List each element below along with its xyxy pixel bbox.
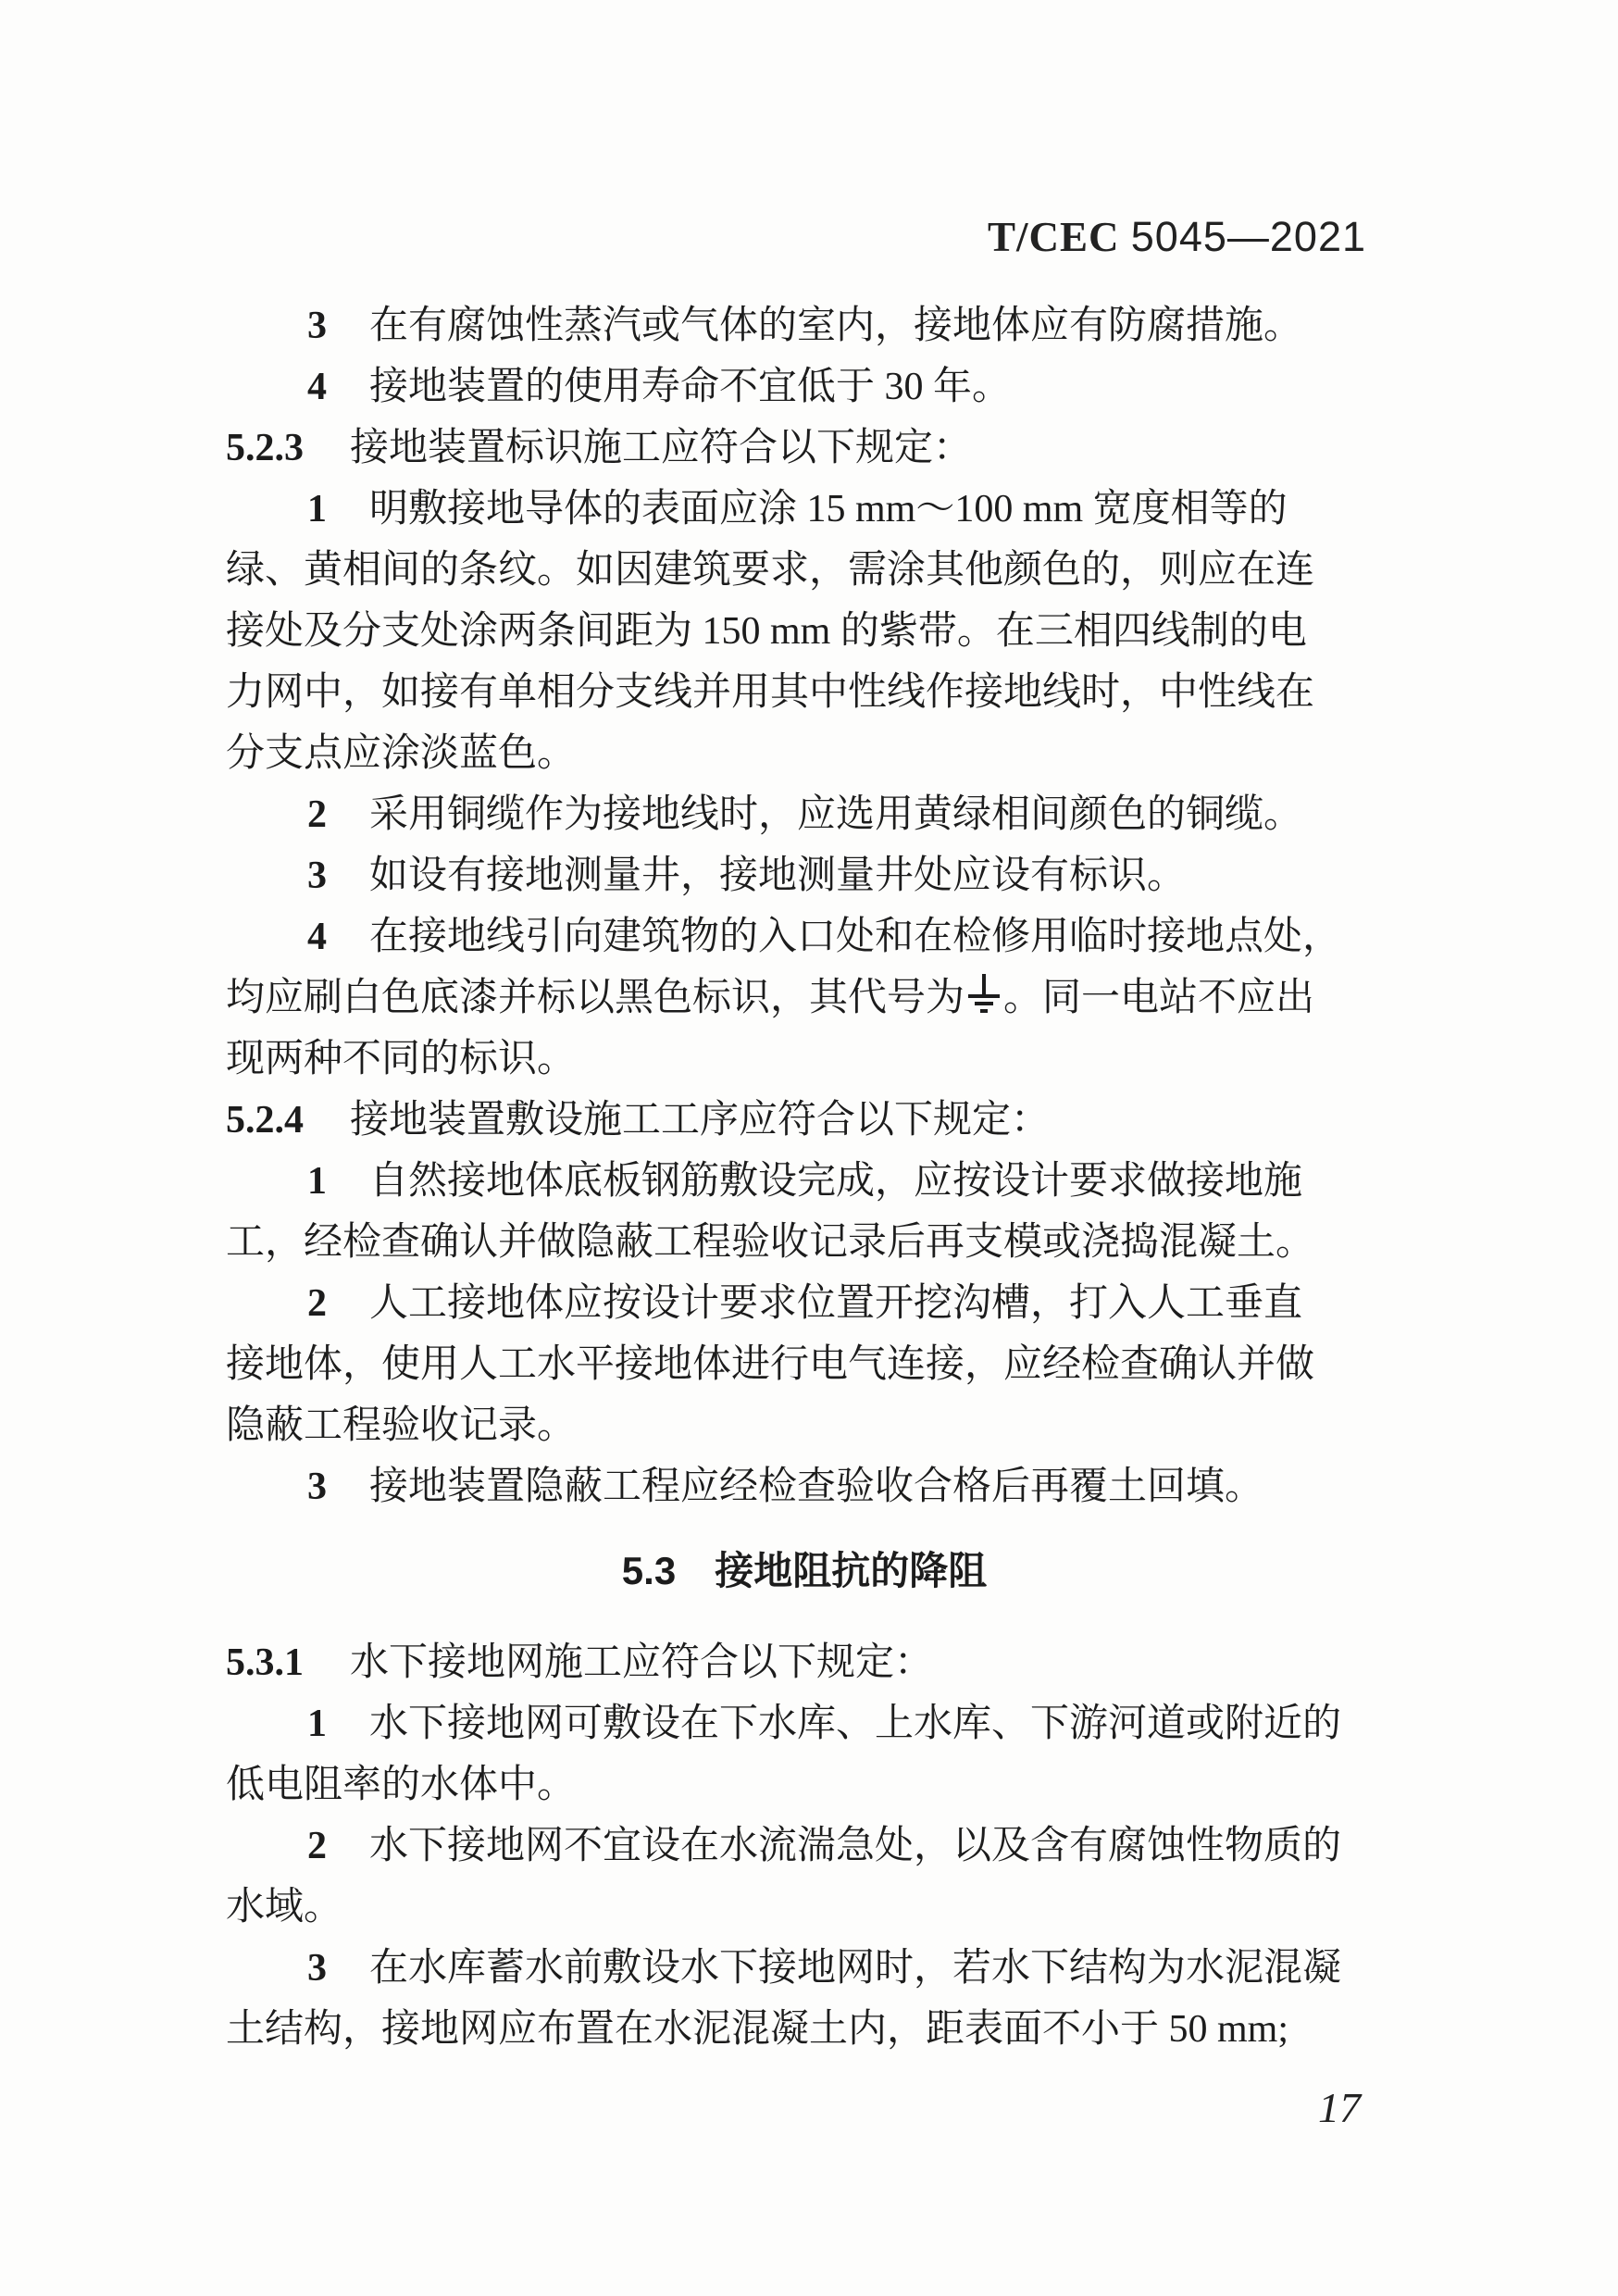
text-line: 接地体，使用人工水平接地体进行电气连接，应经检查确认并做: [226, 1334, 1383, 1395]
standard-code-number: 5045—2021: [1131, 213, 1366, 260]
clause-text: 水下接地网施工应符合以下规定：: [350, 1641, 933, 1684]
item-text: 人工接地体应按设计要求位置开挖沟槽，打入人工垂直: [369, 1282, 1302, 1325]
item-text: 在接地线引向建筑物的入口处和在检修用临时接地点处，: [369, 916, 1341, 958]
list-item-line: 3如设有接地测量井，接地测量井处应设有标识。: [226, 845, 1383, 906]
text-line: 水域。: [226, 1877, 1383, 1938]
item-text: 明敷接地导体的表面应涂 15 mm～100 mm 宽度相等的: [369, 488, 1288, 530]
running-header: T/CEC 5045—2021: [988, 213, 1366, 261]
item-number: 1: [307, 1160, 327, 1203]
clause-line: 5.3.1水下接地网施工应符合以下规定：: [226, 1632, 1383, 1693]
item-number: 1: [307, 1703, 327, 1745]
item-number: 4: [307, 366, 327, 408]
text-content: 低电阻率的水体中。: [226, 1764, 576, 1806]
text-line: 低电阻率的水体中。: [226, 1754, 1383, 1816]
list-item-line: 3在有腐蚀性蒸汽或气体的室内，接地体应有防腐措施。: [226, 295, 1383, 356]
text-after-symbol: 。同一电站不应出: [1003, 977, 1314, 1019]
list-item-line: 2采用铜缆作为接地线时，应选用黄绿相间颜色的铜缆。: [226, 784, 1383, 845]
clause-number: 5.3.1: [226, 1641, 304, 1684]
text-line: 接处及分支处涂两条间距为 150 mm 的紫带。在三相四线制的电: [226, 601, 1383, 662]
list-item-line: 3在水库蓄水前敷设水下接地网时，若水下结构为水泥混凝: [226, 1938, 1383, 1999]
section-heading-title: 接地阻抗的降阻: [715, 1549, 987, 1592]
list-item-line: 2水下接地网不宜设在水流湍急处，以及含有腐蚀性物质的: [226, 1816, 1383, 1877]
item-number: 3: [307, 1947, 327, 1990]
item-number: 2: [307, 1282, 327, 1325]
text-line: 土结构，接地网应布置在水泥混凝土内，距表面不小于 50 mm;: [226, 1999, 1383, 2060]
text-content: 工，经检查确认并做隐蔽工程验收记录后再支模或浇捣混凝土。: [226, 1221, 1314, 1264]
clause-number: 5.2.4: [226, 1099, 304, 1142]
item-text: 接地装置隐蔽工程应经检查验收合格后再覆土回填。: [369, 1466, 1263, 1508]
list-item-line: 1自然接地体底板钢筋敷设完成，应按设计要求做接地施: [226, 1151, 1383, 1212]
text-line: 隐蔽工程验收记录。: [226, 1395, 1383, 1456]
document-body: 3在有腐蚀性蒸汽或气体的室内，接地体应有防腐措施。4接地装置的使用寿命不宜低于 …: [226, 295, 1383, 2060]
item-number: 4: [307, 916, 327, 958]
list-item-line: 1明敷接地导体的表面应涂 15 mm～100 mm 宽度相等的: [226, 479, 1383, 540]
list-item-line: 4在接地线引向建筑物的入口处和在检修用临时接地点处，: [226, 906, 1383, 967]
clause-text: 接地装置敷设施工工序应符合以下规定：: [350, 1099, 1050, 1142]
item-number: 3: [307, 1466, 327, 1508]
list-item-line: 4接地装置的使用寿命不宜低于 30 年。: [226, 356, 1383, 418]
item-text: 在水库蓄水前敷设水下接地网时，若水下结构为水泥混凝: [369, 1947, 1341, 1990]
earth-ground-icon: [966, 973, 1002, 1016]
item-text: 水下接地网可敷设在下水库、上水库、下游河道或附近的: [369, 1703, 1341, 1745]
text-content: 绿、黄相间的条纹。如因建筑要求，需涂其他颜色的，则应在连: [226, 549, 1314, 592]
item-number: 3: [307, 855, 327, 897]
list-item-line: 3接地装置隐蔽工程应经检查验收合格后再覆土回填。: [226, 1456, 1383, 1517]
item-number: 2: [307, 1825, 327, 1867]
text-content: 现两种不同的标识。: [226, 1038, 576, 1080]
text-content: 水域。: [226, 1886, 342, 1928]
text-content: 力网中，如接有单相分支线并用其中性线作接地线时，中性线在: [226, 671, 1314, 714]
text-before-symbol: 均应刷白色底漆并标以黑色标识，其代号为: [226, 977, 965, 1019]
section-heading: 5.3接地阻抗的降阻: [226, 1541, 1383, 1602]
text-content: 土结构，接地网应布置在水泥混凝土内，距表面不小于 50 mm;: [226, 2008, 1288, 2051]
section-heading-number: 5.3: [622, 1549, 676, 1592]
item-number: 1: [307, 488, 327, 530]
item-text: 水下接地网不宜设在水流湍急处，以及含有腐蚀性物质的: [369, 1825, 1341, 1867]
text-content: 接地体，使用人工水平接地体进行电气连接，应经检查确认并做: [226, 1343, 1314, 1386]
item-number: 3: [307, 305, 327, 347]
text-line: 分支点应涂淡蓝色。: [226, 723, 1383, 784]
item-text: 接地装置的使用寿命不宜低于 30 年。: [369, 366, 1011, 408]
clause-text: 接地装置标识施工应符合以下规定：: [350, 427, 972, 469]
text-line: 力网中，如接有单相分支线并用其中性线作接地线时，中性线在: [226, 662, 1383, 723]
item-text: 采用铜缆作为接地线时，应选用黄绿相间颜色的铜缆。: [369, 793, 1302, 836]
list-item-line: 1水下接地网可敷设在下水库、上水库、下游河道或附近的: [226, 1693, 1383, 1754]
clause-line: 5.2.4接地装置敷设施工工序应符合以下规定：: [226, 1090, 1383, 1151]
item-text: 在有腐蚀性蒸汽或气体的室内，接地体应有防腐措施。: [369, 305, 1302, 347]
item-text: 如设有接地测量井，接地测量井处应设有标识。: [369, 855, 1186, 897]
document-page: T/CEC 5045—2021 3在有腐蚀性蒸汽或气体的室内，接地体应有防腐措施…: [0, 0, 1618, 2296]
text-content: 分支点应涂淡蓝色。: [226, 732, 576, 775]
text-line: 均应刷白色底漆并标以黑色标识，其代号为。同一电站不应出: [226, 967, 1383, 1029]
text-line: 现两种不同的标识。: [226, 1029, 1383, 1090]
item-number: 2: [307, 793, 327, 836]
clause-line: 5.2.3接地装置标识施工应符合以下规定：: [226, 418, 1383, 479]
text-content: 接处及分支处涂两条间距为 150 mm 的紫带。在三相四线制的电: [226, 610, 1307, 653]
standard-code-prefix: T/CEC: [988, 214, 1120, 260]
text-content: 隐蔽工程验收记录。: [226, 1404, 576, 1447]
page-number: 17: [1318, 2083, 1361, 2132]
clause-number: 5.2.3: [226, 427, 304, 469]
item-text: 自然接地体底板钢筋敷设完成，应按设计要求做接地施: [369, 1160, 1302, 1203]
text-line: 工，经检查确认并做隐蔽工程验收记录后再支模或浇捣混凝土。: [226, 1212, 1383, 1273]
list-item-line: 2人工接地体应按设计要求位置开挖沟槽，打入人工垂直: [226, 1273, 1383, 1334]
text-line: 绿、黄相间的条纹。如因建筑要求，需涂其他颜色的，则应在连: [226, 540, 1383, 601]
